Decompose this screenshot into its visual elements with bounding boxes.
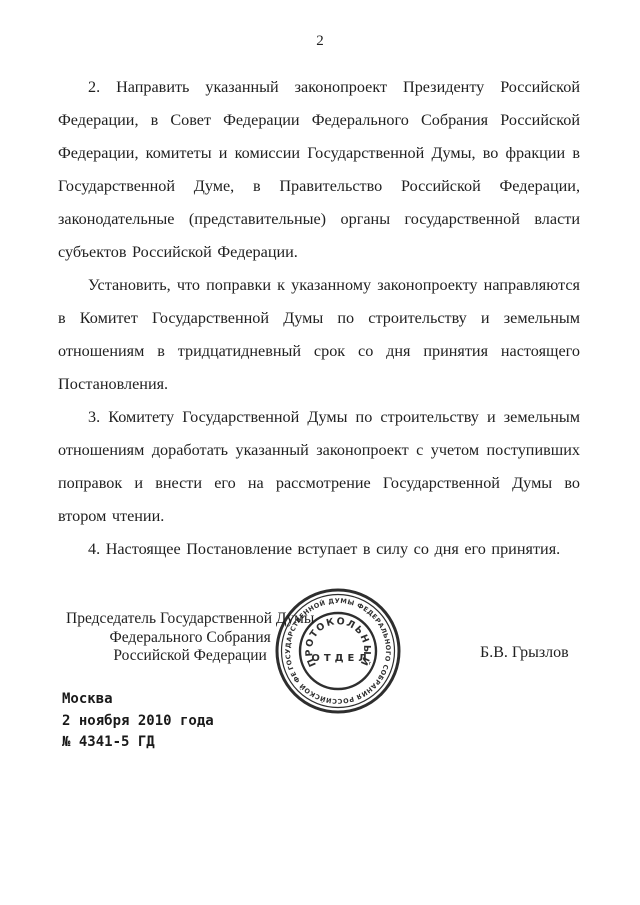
footer-block: Москва 2 ноября 2010 года № 4341-5 ГД [62, 689, 214, 754]
stamp-ring-text: ГОСУДАРСТВЕННОЙ ДУМЫ ФЕДЕРАЛЬНОГО СОБРАН… [266, 579, 408, 723]
stamp-center-text: ОТДЕЛ [311, 653, 370, 664]
paragraph-4-effective: 4. Настоящее Постановление вступает в си… [58, 533, 580, 566]
page-number: 2 [0, 33, 640, 50]
signer-name: Б.В. Грызлов [480, 644, 569, 662]
footer-city: Москва [62, 689, 214, 711]
document-page: 2 2. Направить указанный законопроект Пр… [0, 0, 640, 905]
footer-date: 2 ноября 2010 года [62, 711, 214, 733]
paragraph-3-committee: 3. Комитету Государственной Думы по стро… [58, 401, 580, 533]
footer-document-number: № 4341-5 ГД [62, 732, 214, 754]
round-stamp-protocol-department: ГОСУДАРСТВЕННОЙ ДУМЫ ФЕДЕРАЛЬНОГО СОБРАН… [266, 579, 410, 723]
stamp-outer-circle [277, 590, 399, 712]
paragraph-amendments: Установить, что поправки к указанному за… [58, 269, 580, 401]
stamp-outer-inner-line [282, 595, 395, 708]
document-body: 2. Направить указанный законопроект През… [58, 71, 580, 566]
paragraph-2-direct: 2. Направить указанный законопроект През… [58, 71, 580, 269]
